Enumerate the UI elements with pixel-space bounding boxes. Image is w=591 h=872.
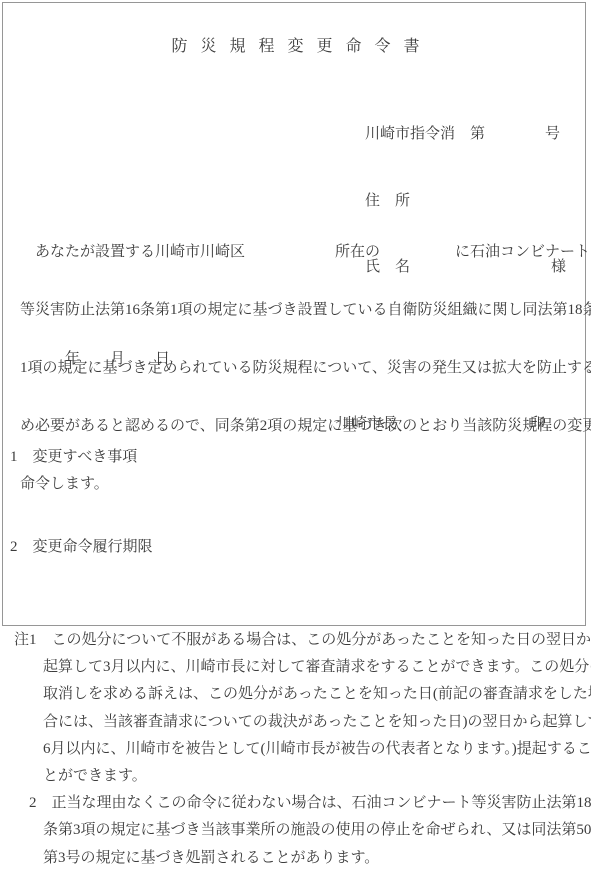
body-line: 等災害防止法第16条第1項の規定に基づき設置している自衛防災組織に関し同法第18… bbox=[20, 300, 591, 324]
document-title: 防災規程変更命令書 bbox=[0, 33, 591, 56]
note-line: 6月以内に、川崎市を被告として(川崎市長が被告の代表者となります。)提起するこ bbox=[0, 738, 591, 765]
note-line: 第3号の規定に基づき処罰されることがあります。 bbox=[0, 847, 591, 872]
note-line: 2 正当な理由なくこの命令に従わない場合は、石油コンビナート等災害防止法第18 bbox=[0, 792, 591, 819]
body-paragraph: あなたが設置する川崎市川崎区 所在の に石油コンビナート 等災害防止法第16条第… bbox=[20, 208, 591, 532]
item-2-heading: 2 変更命令履行期限 bbox=[10, 535, 153, 556]
signature-block: 川崎市長 印 bbox=[337, 412, 545, 433]
body-line: あなたが設置する川崎市川崎区 所在の に石油コンビナート bbox=[20, 242, 591, 266]
document-page: 防災規程変更命令書 川崎市指令消 第 号 住 所 氏 名 様 あなたが設置する川… bbox=[0, 0, 591, 872]
note-line: 起算して3月以内に、川崎市長に対して審査請求をすることができます。この処分の bbox=[0, 656, 591, 683]
note-line: 注1 この処分について不服がある場合は、この処分があったことを知った日の翌日から bbox=[0, 629, 591, 656]
doc-number-line: 川崎市指令消 第 号 bbox=[365, 125, 566, 158]
date-line: 年 月 日 bbox=[65, 347, 170, 368]
note-line: 条第3項の規定に基づき当該事業所の施設の使用の停止を命ぜられ、又は同法第50条 bbox=[0, 819, 591, 846]
mayor-signature-label: 川崎市長 bbox=[337, 412, 397, 433]
notes-section: 注1 この処分について不服がある場合は、この処分があったことを知った日の翌日から… bbox=[0, 629, 591, 872]
body-line: 命令します。 bbox=[20, 474, 591, 498]
item-1-heading: 1 変更すべき事項 bbox=[10, 445, 137, 466]
note-line: とができます。 bbox=[0, 765, 591, 792]
note-line: 合には、当該審査請求についての裁決があったことを知った日)の翌日から起算して bbox=[0, 711, 591, 738]
seal-mark: 印 bbox=[530, 412, 545, 433]
note-line: 取消しを求める訴えは、この処分があったことを知った日(前記の審査請求をした場 bbox=[0, 683, 591, 710]
